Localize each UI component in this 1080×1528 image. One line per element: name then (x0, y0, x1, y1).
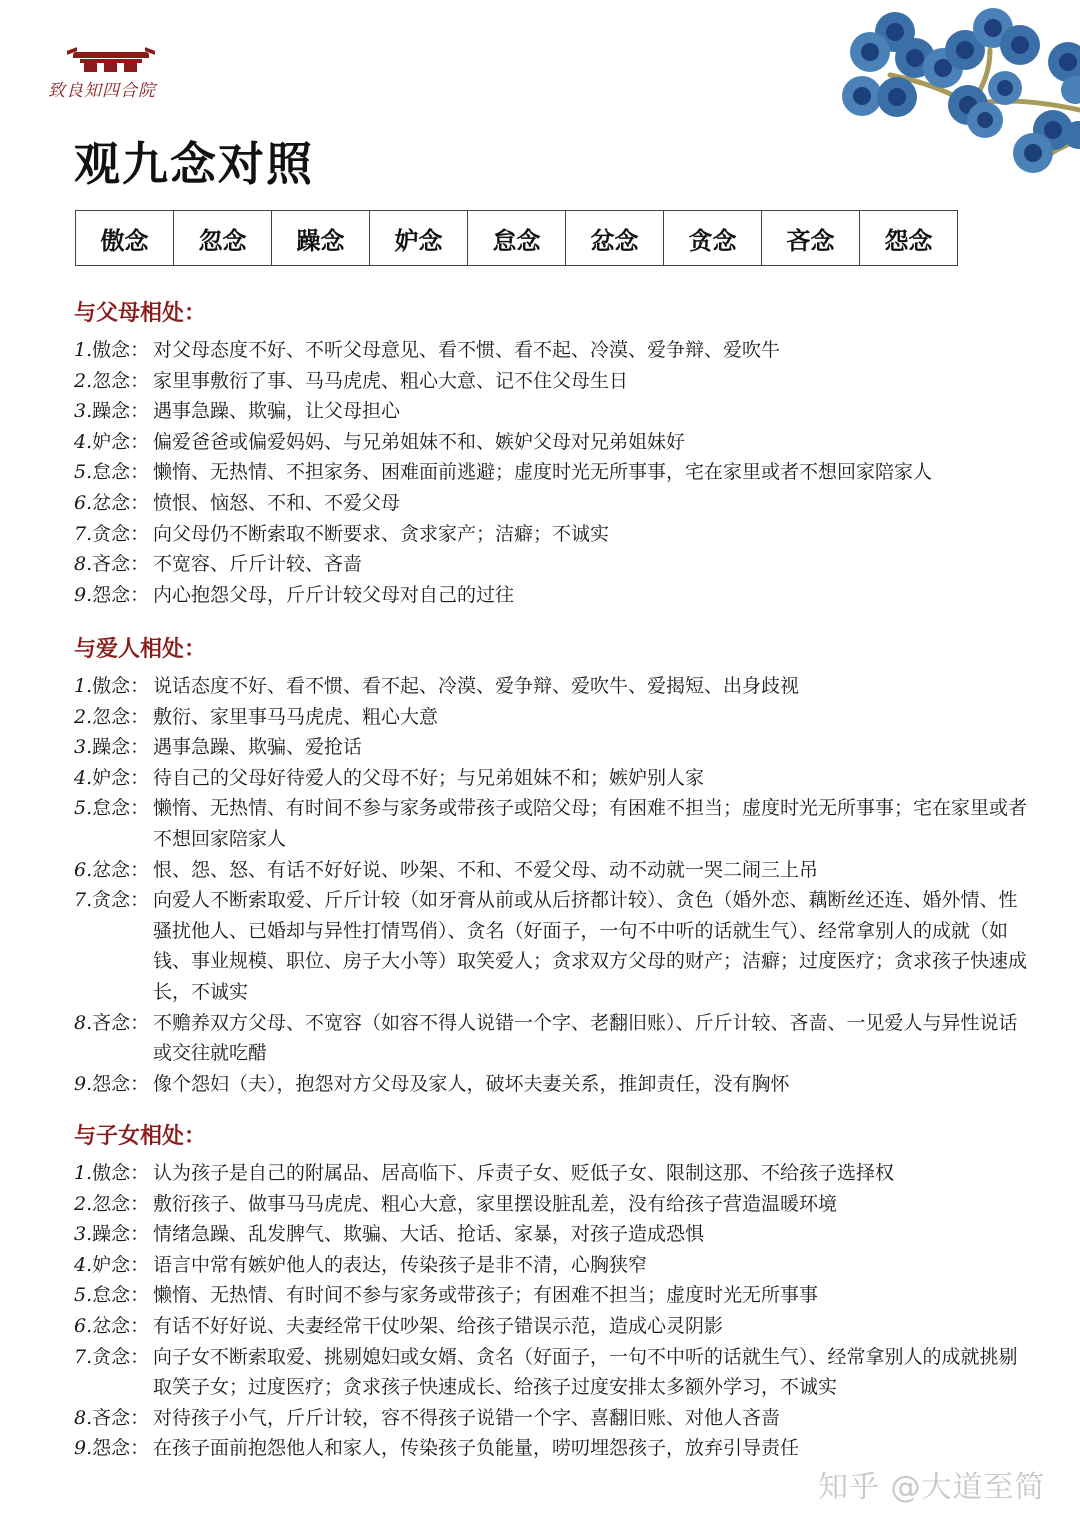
list-item: 3.躁念：遇事急躁、欺骗，让父母担心 (74, 396, 1034, 427)
list-item: 1.傲念：认为孩子是自己的附属品、居高临下、斥责子女、贬低子女、限制这那、不给孩… (74, 1158, 1034, 1189)
list-item: 1.傲念：说话态度不好、看不惯、看不起、冷漠、爱争辩、爱吹牛、爱揭短、出身歧视 (74, 671, 1034, 702)
list-item: 8.吝念：对待孩子小气，斤斤计较，容不得孩子说错一个字、喜翻旧账、对他人吝啬 (74, 1403, 1034, 1434)
list-item: 5.怠念：懒惰、无热情、有时间不参与家务或带孩子；有困难不担当；虚度时光无所事事 (74, 1280, 1034, 1311)
logo: 致良知四合院 (48, 46, 178, 102)
gate-pillar (124, 63, 137, 72)
list-item: 2.忽念：家里事敷衍了事、马马虎虎、粗心大意、记不住父母生日 (74, 366, 1034, 397)
pine-branch-decoration-icon (840, 0, 1080, 180)
list-item: 4.妒念：语言中常有嫉妒他人的表达，传染孩子是非不清，心胸狭窄 (74, 1250, 1034, 1281)
nian-cell: 忿念 (566, 211, 664, 266)
list-item: 7.贪念：向子女不断索取爱、挑剔媳妇或女婿、贪名（好面子，一句不中听的话就生气）… (74, 1342, 1034, 1403)
section-title: 与爱人相处： (74, 633, 1034, 665)
logo-text: 致良知四合院 (48, 76, 178, 101)
list-item: 5.怠念：懒惰、无热情、不担家务、困难面前逃避；虚度时光无所事事，宅在家里或者不… (74, 457, 1034, 488)
list-item: 6.忿念：有话不好好说、夫妻经常干仗吵架、给孩子错误示范，造成心灵阴影 (74, 1311, 1034, 1342)
nian-cell: 傲念 (76, 211, 174, 266)
nian-cell: 怠念 (468, 211, 566, 266)
list-item: 4.妒念：待自己的父母好待爱人的父母不好；与兄弟姐妹不和；嫉妒别人家 (74, 763, 1034, 794)
list-item: 8.吝念：不赡养双方父母、不宽容（如容不得人说错一个字、老翻旧账）、斤斤计较、吝… (74, 1008, 1034, 1069)
nian-cell: 怨念 (860, 211, 958, 266)
list-item: 1.傲念：对父母态度不好、不听父母意见、看不惯、看不起、冷漠、爱争辩、爱吹牛 (74, 335, 1034, 366)
gate-roof-icon (73, 52, 149, 58)
nian-cell: 吝念 (762, 211, 860, 266)
section-title: 与父母相处： (74, 297, 1034, 329)
list-item: 6.忿念：恨、怨、怒、有话不好好说、吵架、不和、不爱父母、动不动就一哭二闹三上吊 (74, 855, 1034, 886)
section-parents: 与父母相处： 1.傲念：对父母态度不好、不听父母意见、看不惯、看不起、冷漠、爱争… (74, 297, 1034, 610)
gate-pillar (84, 63, 97, 72)
nine-nian-table: 傲念 忽念 躁念 妒念 怠念 忿念 贪念 吝念 怨念 (75, 210, 958, 266)
list-item: 3.躁念：情绪急躁、乱发脾气、欺骗、大话、抢话、家暴，对孩子造成恐惧 (74, 1219, 1034, 1250)
list-item: 9.怨念：内心抱怨父母，斤斤计较父母对自己的过往 (74, 580, 1034, 611)
list-item: 6.忿念：愤恨、恼怒、不和、不爱父母 (74, 488, 1034, 519)
list-item: 4.妒念：偏爱爸爸或偏爱妈妈、与兄弟姐妹不和、嫉妒父母对兄弟姐妹好 (74, 427, 1034, 458)
gate-pillar (104, 63, 117, 72)
page-title: 观九念对照 (74, 128, 314, 194)
list-item: 7.贪念：向父母仍不断索取不断要求、贪求家产；洁癖；不诚实 (74, 519, 1034, 550)
list-item: 8.吝念：不宽容、斤斤计较、吝啬 (74, 549, 1034, 580)
section-spouse: 与爱人相处： 1.傲念：说话态度不好、看不惯、看不起、冷漠、爱争辩、爱吹牛、爱揭… (74, 633, 1034, 1099)
list-item: 5.怠念：懒惰、无热情、有时间不参与家务或带孩子或陪父母；有困难不担当；虚度时光… (74, 793, 1034, 854)
nian-cell: 妒念 (370, 211, 468, 266)
list-item: 2.忽念：敷衍、家里事马马虎虎、粗心大意 (74, 702, 1034, 733)
nian-cell: 躁念 (272, 211, 370, 266)
watermark: 知乎 @大道至简 (818, 1462, 1046, 1506)
list-item: 7.贪念：向爱人不断索取爱、斤斤计较（如牙膏从前或从后挤都计较）、贪色（婚外恋、… (74, 885, 1034, 1007)
list-item: 9.怨念：在孩子面前抱怨他人和家人，传染孩子负能量，唠叨埋怨孩子，放弃引导责任 (74, 1433, 1034, 1464)
nian-cell: 忽念 (174, 211, 272, 266)
list-item: 2.忽念：敷衍孩子、做事马马虎虎、粗心大意，家里摆设脏乱差，没有给孩子营造温暖环… (74, 1189, 1034, 1220)
nian-cell: 贪念 (664, 211, 762, 266)
section-children: 与子女相处： 1.傲念：认为孩子是自己的附属品、居高临下、斥责子女、贬低子女、限… (74, 1120, 1034, 1464)
list-item: 9.怨念：像个怨妇（夫），抱怨对方父母及家人，破坏夫妻关系，推卸责任，没有胸怀 (74, 1069, 1034, 1100)
list-item: 3.躁念：遇事急躁、欺骗、爱抢话 (74, 732, 1034, 763)
section-title: 与子女相处： (74, 1120, 1034, 1152)
